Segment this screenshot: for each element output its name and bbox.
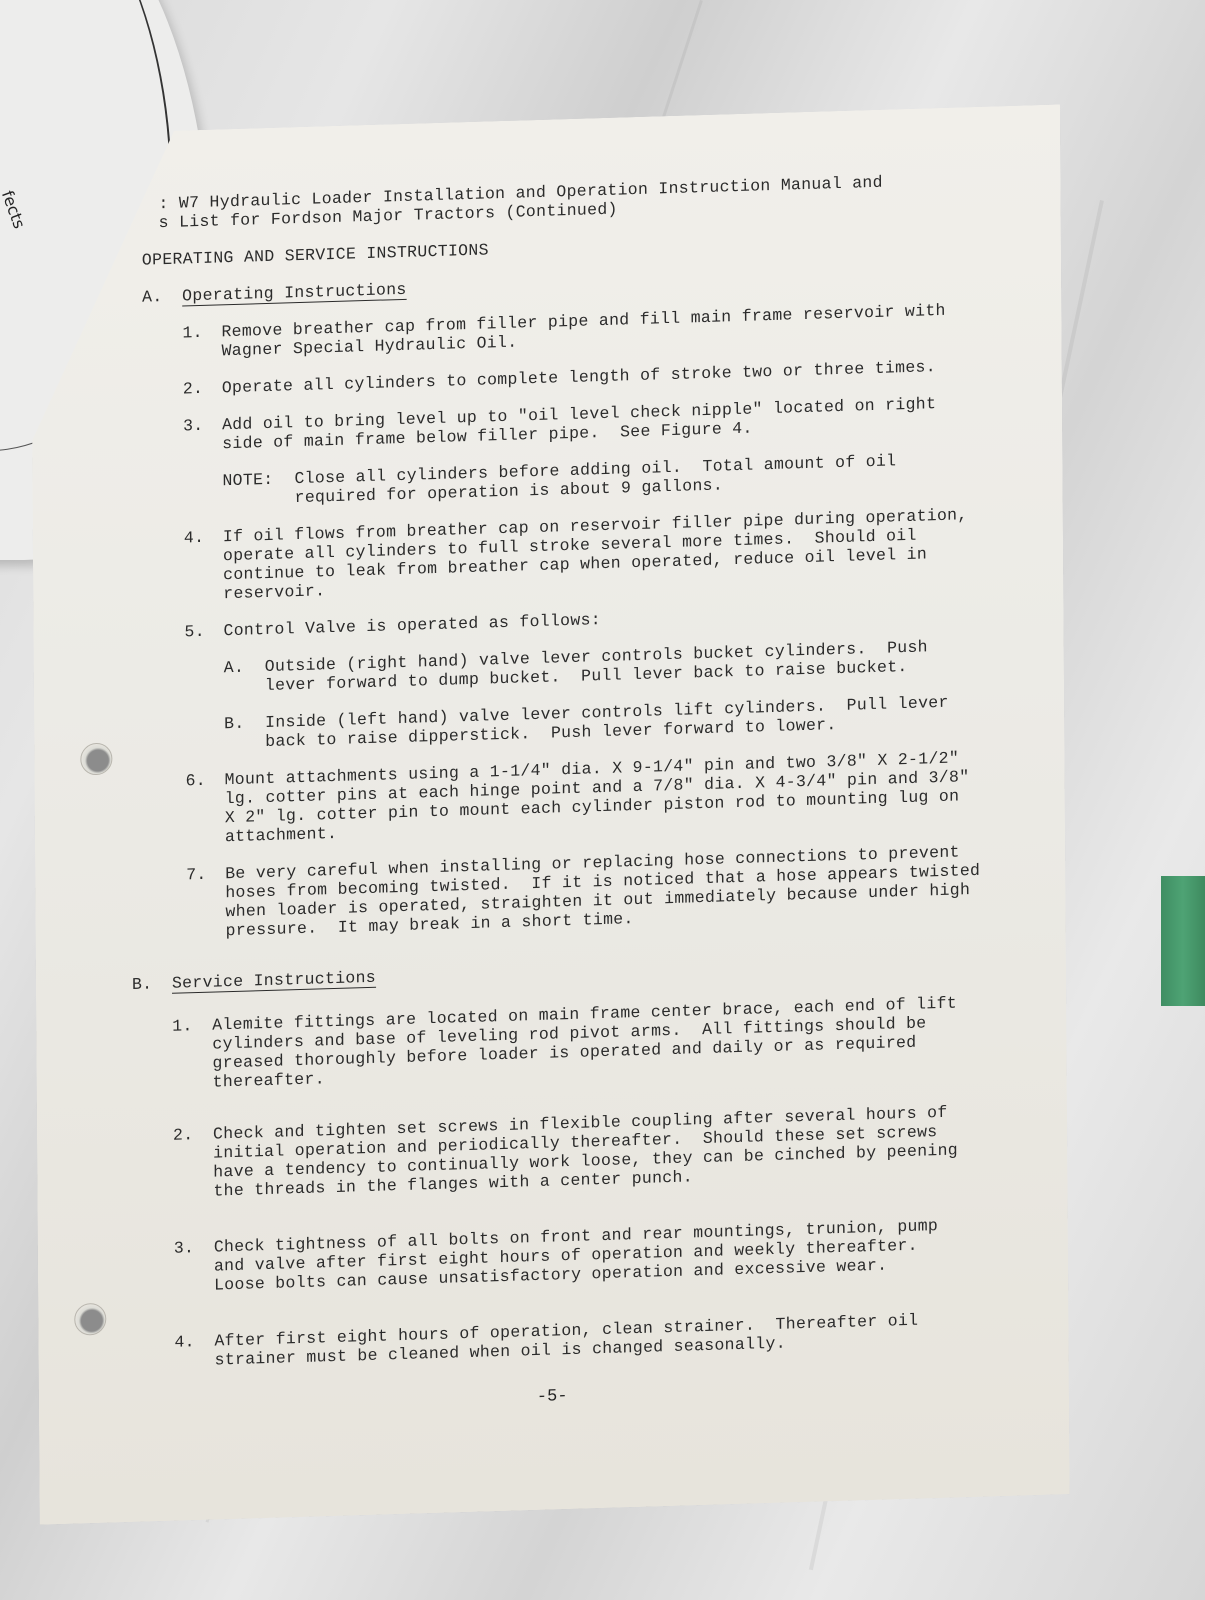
section-b-title: Service Instructions <box>172 968 376 993</box>
section-title: OPERATING AND SERVICE INSTRUCTIONS <box>142 240 489 269</box>
a-item-3-num: 3. <box>183 416 204 436</box>
section-b-letter: B. <box>132 974 153 994</box>
page-number: -5- <box>537 1387 568 1407</box>
a-item-7-num: 7. <box>186 865 207 885</box>
section-a-letter: A. <box>142 287 163 307</box>
a-item-6-num: 6. <box>185 771 206 791</box>
a-item-6-line-4: attachment. <box>225 824 337 846</box>
a-item-2-num: 2. <box>183 379 204 399</box>
b-item-1-num: 1. <box>172 1016 193 1036</box>
section-a-title: Operating Instructions <box>182 280 407 306</box>
b-item-2-num: 2. <box>173 1125 194 1145</box>
a-item-1-line-1: Remove breather cap from filler pipe and… <box>221 301 945 341</box>
b-item-3-num: 3. <box>174 1238 195 1258</box>
b-item-4-num: 4. <box>174 1332 195 1352</box>
green-tab <box>1161 876 1205 1006</box>
a-item-5-sub-a-letter: A. <box>224 658 245 678</box>
document-page: : W7 Hydraulic Loader Installation and O… <box>30 104 1070 1524</box>
a-item-5-sub-b-letter: B. <box>224 714 245 734</box>
a-item-5-line-1: Control Valve is operated as follows: <box>223 610 601 640</box>
punch-hole-top <box>80 743 112 776</box>
a-item-4-num: 4. <box>184 528 205 548</box>
a-item-3-note-label: NOTE: <box>222 470 273 491</box>
punch-hole-bottom <box>74 1303 106 1336</box>
a-item-5-num: 5. <box>184 622 205 642</box>
document-content: : W7 Hydraulic Loader Installation and O… <box>30 104 1070 1524</box>
a-item-1-num: 1. <box>182 323 203 343</box>
a-item-2-line-1: Operate all cylinders to complete length… <box>222 357 936 397</box>
a-item-4-line-4: reservoir. <box>223 581 325 603</box>
b-item-1-line-4: thereafter. <box>213 1069 325 1091</box>
